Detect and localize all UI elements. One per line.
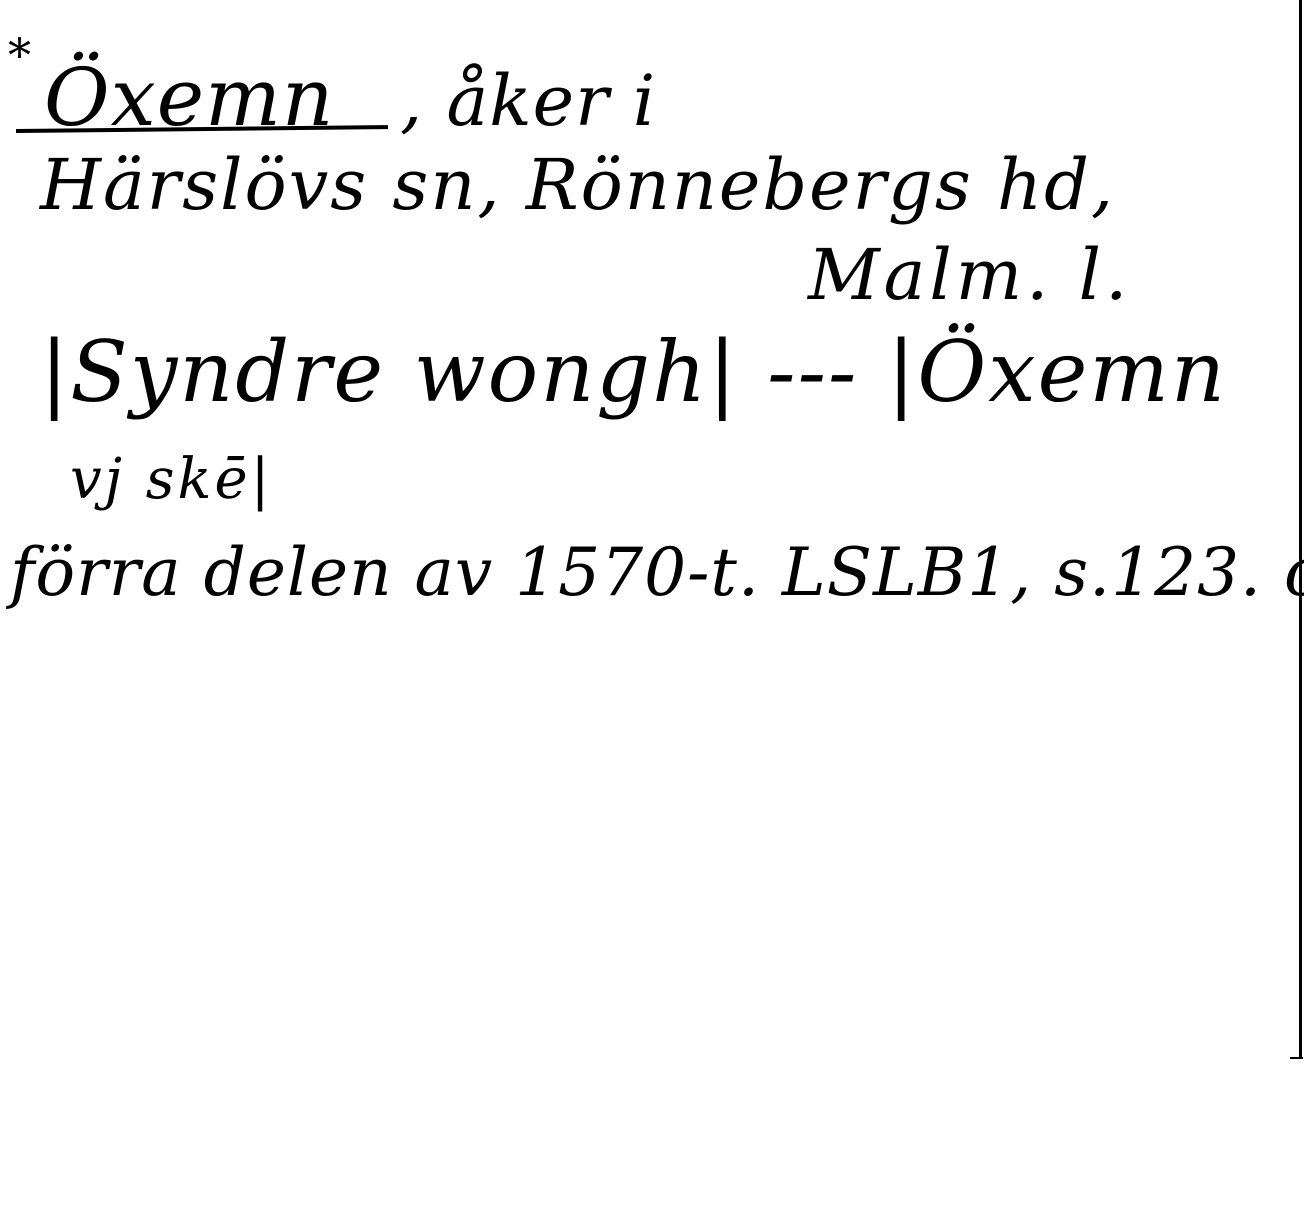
line-parish-hundred: Härslövs sn, Rönnebergs hd, bbox=[40, 150, 1115, 220]
line-field-type: , åker i bbox=[400, 66, 656, 136]
index-card: * Öxemn , åker i Härslövs sn, Rönnebergs… bbox=[0, 0, 1302, 1058]
line-dating-source: förra delen av 1570-t. LSLB1, s.123. ori… bbox=[10, 540, 1304, 606]
card-edge-tick bbox=[1290, 1057, 1303, 1059]
line-county: Malm. l. bbox=[808, 240, 1131, 310]
asterisk-marker: * bbox=[8, 32, 31, 78]
line-historical-form: |Syndre wongh| --- |Öxemn bbox=[40, 330, 1227, 414]
line-historical-form-cont: vj skē| bbox=[70, 452, 272, 508]
